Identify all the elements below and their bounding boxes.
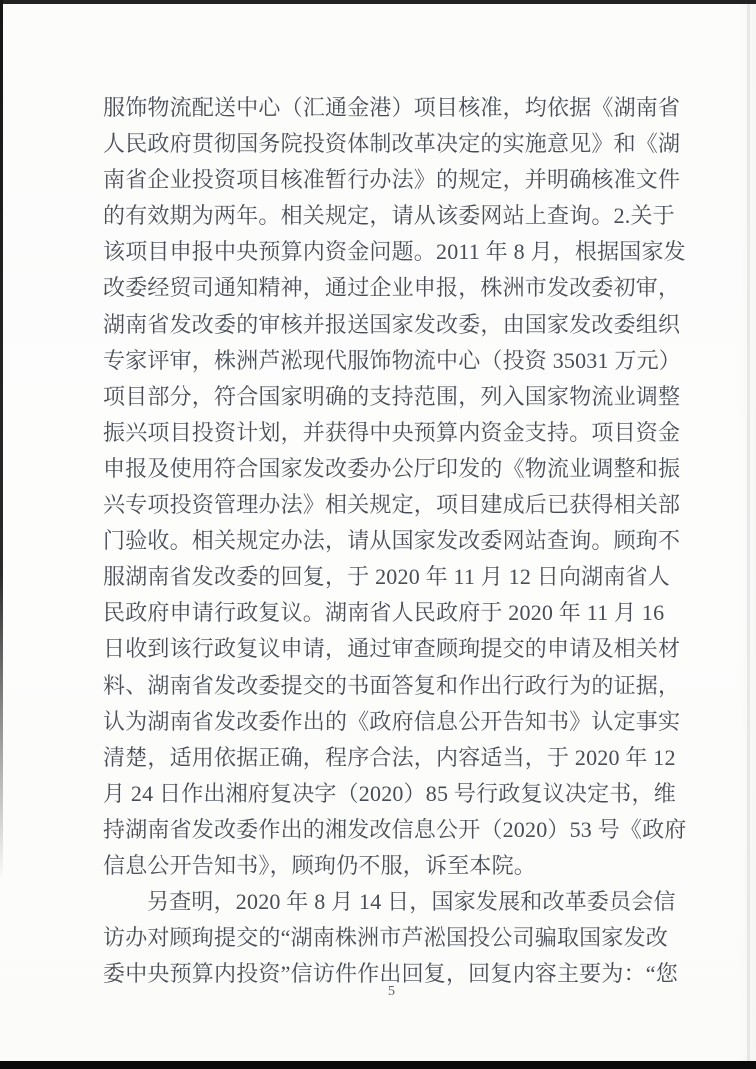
text-line: 服湖南省发改委的回复，于 2020 年 11 月 12 日向湖南省人 bbox=[103, 559, 657, 595]
text-line: 该项目申报中央预算内资金问题。2011 年 8 月，根据国家发 bbox=[103, 234, 657, 270]
text-line: 委中央预算内投资”信访件作出回复，回复内容主要为：“您 bbox=[103, 956, 657, 992]
text-line: 另查明，2020 年 8 月 14 日，国家发展和改革委员会信 bbox=[103, 884, 657, 920]
text-line: 服饰物流配送中心（汇通金港）项目核准，均依据《湖南省 bbox=[103, 90, 657, 126]
text-line: 湖南省发改委的审核并报送国家发改委，由国家发改委组织 bbox=[103, 307, 657, 343]
text-line: 南省企业投资项目核准暂行办法》的规定，并明确核准文件 bbox=[103, 162, 657, 198]
text-line: 信息公开告知书》，顾珣仍不服，诉至本院。 bbox=[103, 848, 657, 884]
scan-edge-bottom bbox=[0, 1061, 756, 1069]
text-line: 月 24 日作出湘府复决字（2020）85 号行政复议决定书，维 bbox=[103, 776, 657, 812]
text-line: 日收到该行政复议申请，通过审查顾珣提交的申请及相关材 bbox=[103, 631, 657, 667]
text-line: 专家评审，株洲芦淞现代服饰物流中心（投资 35031 万元） bbox=[103, 343, 657, 379]
text-line: 访办对顾珣提交的“湖南株洲市芦淞国投公司骗取国家发改 bbox=[103, 920, 657, 956]
text-line: 民政府申请行政复议。湖南省人民政府于 2020 年 11 月 16 bbox=[103, 595, 657, 631]
text-line: 人民政府贯彻国务院投资体制改革决定的实施意见》和《湖 bbox=[103, 126, 657, 162]
text-line: 清楚，适用依据正确，程序合法，内容适当，于 2020 年 12 bbox=[103, 740, 657, 776]
text-line: 认为湖南省发改委作出的《政府信息公开告知书》认定事实 bbox=[103, 704, 657, 740]
scan-smudge-right bbox=[738, 4, 756, 1061]
text-line: 改委经贸司通知精神，通过企业申报，株洲市发改委初审， bbox=[103, 270, 657, 306]
text-line: 振兴项目投资计划，并获得中央预算内资金支持。项目资金 bbox=[103, 415, 657, 451]
text-line: 项目部分，符合国家明确的支持范围，列入国家物流业调整 bbox=[103, 379, 657, 415]
text-block: 服饰物流配送中心（汇通金港）项目核准，均依据《湖南省人民政府贯彻国务院投资体制改… bbox=[103, 90, 657, 992]
scan-edge-left bbox=[0, 0, 3, 880]
text-line: 申报及使用符合国家发改委办公厅印发的《物流业调整和振 bbox=[103, 451, 657, 487]
text-line: 持湖南省发改委作出的湘发改信息公开（2020）53 号《政府 bbox=[103, 812, 657, 848]
text-line: 料、湖南省发改委提交的书面答复和作出行政行为的证据， bbox=[103, 668, 657, 704]
document-page: 服饰物流配送中心（汇通金港）项目核准，均依据《湖南省人民政府贯彻国务院投资体制改… bbox=[0, 0, 756, 1069]
text-line: 的有效期为两年。相关规定，请从该委网站上查询。2.关于 bbox=[103, 198, 657, 234]
page-number: 5 bbox=[388, 984, 395, 1000]
text-line: 门验收。相关规定办法，请从国家发改委网站查询。顾珣不 bbox=[103, 523, 657, 559]
scan-edge-top bbox=[0, 0, 756, 4]
text-line: 兴专项投资管理办法》相关规定，项目建成后已获得相关部 bbox=[103, 487, 657, 523]
